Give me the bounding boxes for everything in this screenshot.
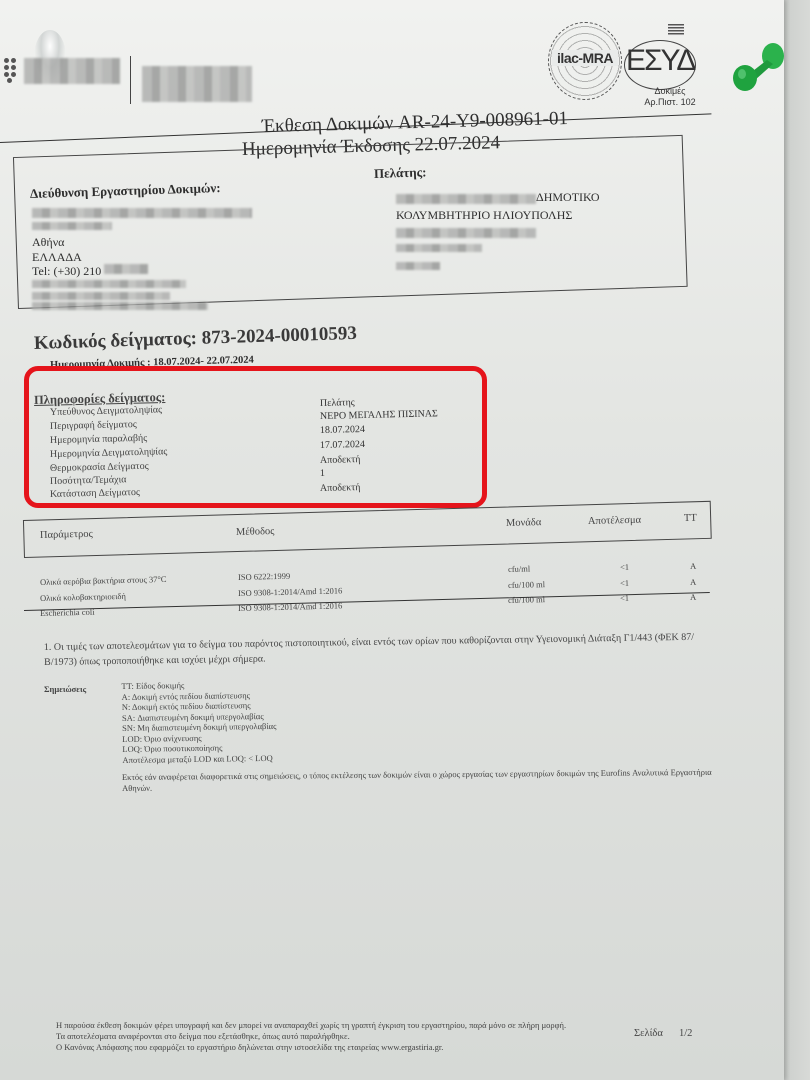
- test-location-note: Εκτός εάν αναφέρεται διαφορετικά στις ση…: [122, 767, 722, 794]
- lab-telephone: Tel: (+30) 210: [32, 264, 101, 279]
- compliance-note: 1. Οι τιμές των αποτελεσμάτων για το δεί…: [44, 629, 716, 670]
- result-test-type: A: [690, 577, 696, 587]
- sample-info-value: Αποδεκτή: [320, 454, 361, 466]
- esyd-cert-number: Αρ.Πιστ. 102: [630, 97, 710, 108]
- redacted-lab-street: [32, 222, 112, 230]
- result-unit: cfu/100 ml: [508, 579, 545, 590]
- result-test-type: A: [690, 561, 696, 571]
- results-header-box: [23, 501, 712, 558]
- remark-item: Αποτέλεσμα μεταξύ LOD και LOQ: < LOQ: [122, 752, 277, 765]
- redacted-company-details: [142, 66, 252, 102]
- result-parameter: Ολικά αερόβια βακτήρια στους 37°C: [40, 574, 167, 587]
- test-report-page: ilac-MRA ΕΣΥΔ Δοκιμές Αρ.Πιστ. 102 Έκθεσ…: [0, 0, 784, 1080]
- header-test-type: ΤΤ: [684, 513, 697, 524]
- client-heading: Πελάτης:: [374, 164, 427, 182]
- header-result: Αποτέλεσμα: [588, 515, 641, 527]
- sample-info-label: Θερμοκρασία Δείγματος: [50, 461, 149, 474]
- page-number: 1/2: [679, 1028, 692, 1039]
- sample-info-value: Αποδεκτή: [320, 482, 361, 494]
- greek-flag-icon: [668, 24, 684, 36]
- sample-info-value: 18.07.2024: [320, 424, 365, 436]
- esyd-label: ΕΣΥΔ: [626, 44, 692, 78]
- footer-line: Η παρούσα έκθεση δοκιμών φέρει υπογραφή …: [56, 1020, 566, 1031]
- redacted-lab-email: [32, 292, 170, 300]
- sample-code: Κωδικός δείγματος: 873-2024-00010593: [34, 323, 358, 355]
- result-unit: cfu/ml: [508, 563, 530, 574]
- lab-country: ΕΛΛΑΔΑ: [32, 250, 82, 265]
- client-name-line2: ΚΟΛΥΜΒΗΤΗΡΙΟ ΗΛΙΟΥΠΟΛΗΣ: [396, 208, 572, 223]
- result-value: <1: [620, 578, 629, 588]
- sample-info-label: Περιγραφή δείγματος: [50, 419, 137, 432]
- remarks-label: Σημειώσεις: [44, 684, 86, 694]
- header-divider: [130, 56, 131, 104]
- sample-info-value: Πελάτης: [320, 397, 355, 409]
- sample-info-value: 17.07.2024: [320, 439, 365, 451]
- redacted-client-address: [396, 228, 536, 238]
- header-parameter: Παράμετρος: [40, 529, 93, 541]
- sample-info-label: Κατάσταση Δείγματος: [50, 487, 140, 500]
- remark-item: SN: Μη διαπιστευμένη δοκιμή υπεργολαβίας: [122, 721, 277, 734]
- result-parameter: Ολικά κολοβακτηριοειδή: [40, 591, 126, 603]
- sample-info-label: Ημερομηνία παραλαβής: [50, 433, 147, 446]
- redacted-client-city: [396, 244, 482, 252]
- footer-line: Τα αποτελέσματα αναφέρονται στο δείγμα π…: [56, 1031, 566, 1042]
- esyd-accreditation-info: Δοκιμές Αρ.Πιστ. 102: [630, 86, 710, 108]
- result-method: ISO 9308-1:2014/Amd 1:2016: [238, 585, 343, 598]
- sample-info-value: 1: [320, 468, 325, 479]
- company-logo-icon: [4, 58, 18, 84]
- lab-city: Αθήνα: [32, 235, 64, 250]
- header-method: Μέθοδος: [236, 526, 275, 538]
- result-value: <1: [620, 562, 629, 572]
- remarks-list: ΤΤ: Είδος δοκιμήςΑ: Δοκιμή εντός πεδίου …: [121, 679, 277, 765]
- redacted-lab-web: [32, 302, 208, 310]
- ilac-mra-label: ilac-MRA: [552, 50, 618, 66]
- footer-line: Ο Κανόνας Απόφασης που εφαρμόζει το εργα…: [56, 1042, 566, 1053]
- results-bottom-rule: [24, 592, 710, 611]
- redacted-lab-phone: [104, 264, 148, 274]
- page-label: Σελίδα: [634, 1028, 663, 1039]
- redacted-client-postcode: [396, 262, 440, 270]
- result-method: ISO 6222:1999: [238, 571, 290, 582]
- footer-disclaimer: Η παρούσα έκθεση δοκιμών φέρει υπογραφή …: [56, 1020, 566, 1053]
- redacted-client-prefix: [396, 194, 536, 204]
- redacted-lab-fax: [32, 280, 186, 288]
- header-unit: Μονάδα: [506, 517, 542, 529]
- redacted-lab-name: [32, 208, 252, 218]
- green-pushpin-icon: [727, 34, 787, 94]
- redacted-company-name: [24, 58, 120, 84]
- sample-info-label: Ποσότητα/Τεμάχια: [50, 474, 127, 487]
- client-name-line1: ΔΗΜΟΤΙΚΟ: [536, 190, 600, 205]
- wall-background: [782, 0, 810, 1080]
- esyd-tests-label: Δοκιμές: [630, 86, 710, 97]
